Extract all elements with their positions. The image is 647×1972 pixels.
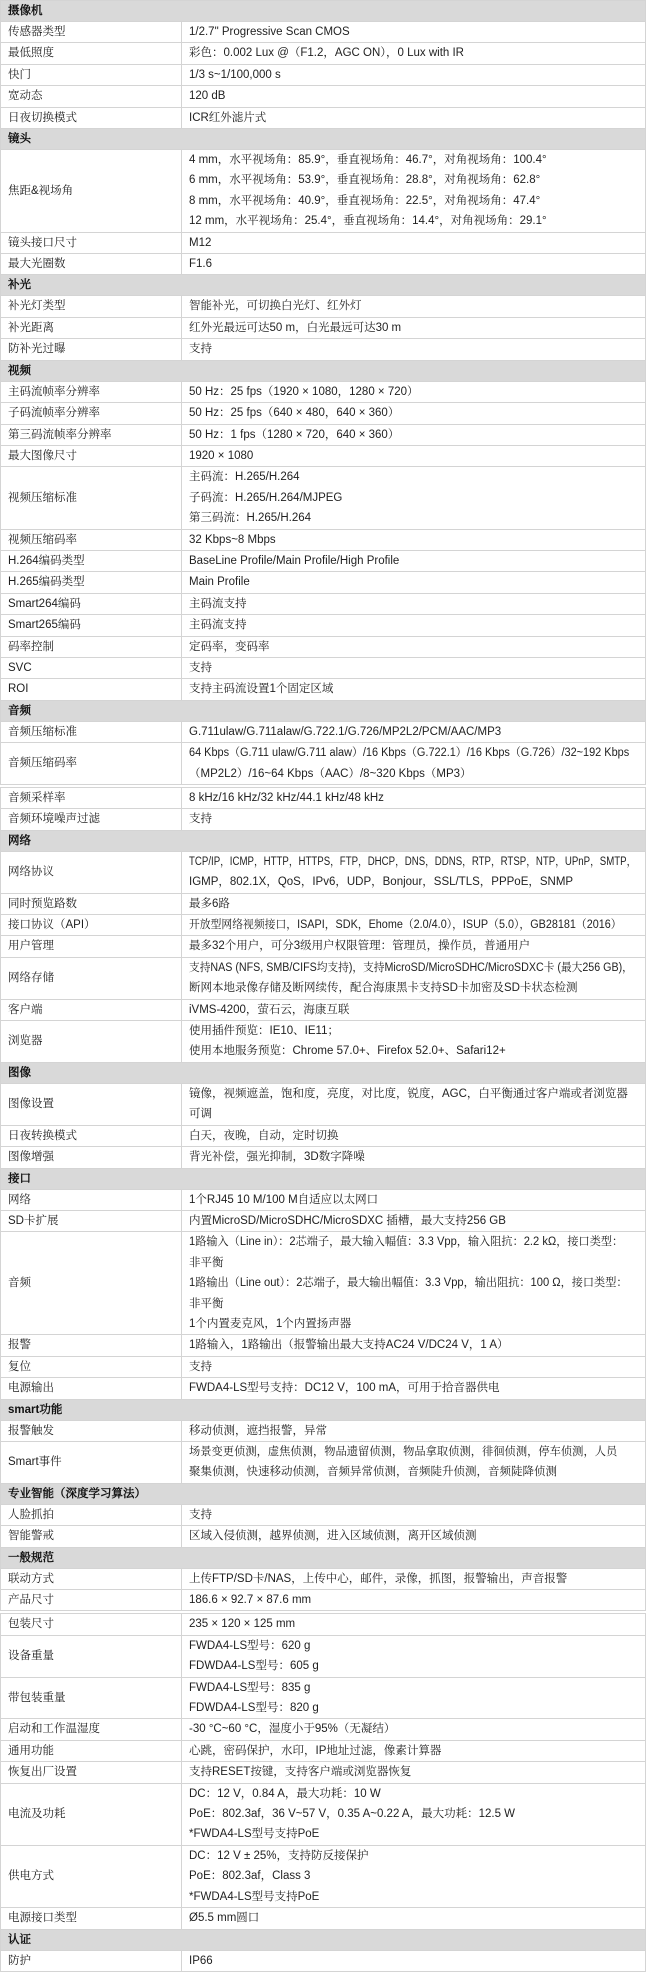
spec-value-line: 支持主码流设置1个固定区域: [189, 679, 638, 699]
spec-value-line: 聚集侦测，快速移动侦测，音频异常侦测，音频陡升侦测，音频陡降侦测: [189, 1462, 638, 1482]
spec-value-line: 移动侦测，遮挡报警，异常: [189, 1421, 638, 1441]
spec-value-line: 断网本地录像存储及断网续传，配合海康黑卡支持SD卡加密及SD卡状态检测: [189, 978, 638, 998]
spec-value-line: 1/3 s~1/100,000 s: [189, 65, 638, 85]
spec-value-line: FWDA4-LS型号支持：DC12 V，100 mA，可用于拾音器供电: [189, 1378, 638, 1398]
spec-row: 主码流帧率分辨率50 Hz：25 fps（1920 × 1080，1280 × …: [1, 381, 646, 402]
spec-value: 支持主码流设置1个固定区域: [182, 679, 646, 700]
spec-value-line: 上传FTP/SD卡/NAS，上传中心，邮件，录像，抓图，报警输出，声音报警: [189, 1569, 638, 1589]
spec-value: 1/3 s~1/100,000 s: [182, 64, 646, 85]
spec-row: 快门1/3 s~1/100,000 s: [1, 64, 646, 85]
section-header: 镜头: [1, 129, 646, 150]
spec-row: 图像设置 镜像，视频遮盖，饱和度，亮度，对比度，锐度，AGC，白平衡通过客户端或…: [1, 1083, 646, 1125]
spec-value-line: 50 Hz：1 fps（1280 × 720，640 × 360）: [189, 425, 638, 445]
spec-row: 通用功能心跳，密码保护，水印，IP地址过滤，像素计算器: [1, 1740, 646, 1761]
spec-label: 报警触发: [1, 1420, 182, 1441]
spec-value: 120 dB: [182, 86, 646, 107]
spec-row: 日夜切换模式ICR红外滤片式: [1, 107, 646, 128]
spec-value: 最多6路: [182, 893, 646, 914]
spec-row: 网络1个RJ45 10 M/100 M自适应以太网口: [1, 1189, 646, 1210]
spec-row: 电流及功耗 DC：12 V，0.84 A，最大功耗：10 W PoE：802.3…: [1, 1783, 646, 1845]
spec-value-line: 4 mm，水平视场角：85.9°，垂直视场角：46.7°，对角视场角：100.4…: [189, 150, 638, 170]
spec-value: 支持: [182, 657, 646, 678]
spec-row: 防护IP66: [1, 1950, 646, 1971]
spec-value-line: BaseLine Profile/Main Profile/High Profi…: [189, 551, 638, 571]
spec-value-line: ICR红外滤片式: [189, 108, 638, 128]
spec-label: H.264编码类型: [1, 550, 182, 571]
section-header: 一般规范: [1, 1547, 646, 1568]
spec-row: 音频压缩标准G.711ulaw/G.711alaw/G.722.1/G.726/…: [1, 721, 646, 742]
spec-value-line: 白天，夜晚，自动，定时切换: [189, 1126, 638, 1146]
spec-value: 智能补光，可切换白光灯、红外灯: [182, 296, 646, 317]
spec-value-line: M12: [189, 233, 638, 253]
section-title: 图像: [1, 1062, 646, 1083]
spec-row: 最大光圈数F1.6: [1, 254, 646, 275]
spec-value-line: 支持RESET按键，支持客户端或浏览器恢复: [189, 1762, 638, 1782]
spec-row: 码率控制定码率，变码率: [1, 636, 646, 657]
spec-value-line: 红外光最远可达50 m，白光最远可达30 m: [189, 318, 638, 338]
spec-value: 主码流支持: [182, 593, 646, 614]
spec-value-line: IGMP，802.1X，QoS，IPv6，UDP，Bonjour，SSL/TLS…: [189, 872, 638, 892]
section-header: 专业智能（深度学习算法）: [1, 1483, 646, 1504]
spec-value: 1/2.7" Progressive Scan CMOS: [182, 22, 646, 43]
spec-value-line: FWDA4-LS型号：620 g: [189, 1636, 638, 1656]
spec-value: 4 mm，水平视场角：85.9°，垂直视场角：46.7°，对角视场角：100.4…: [182, 150, 646, 233]
spec-row: 设备重量 FWDA4-LS型号：620 g FDWDA4-LS型号：605 g: [1, 1635, 646, 1677]
spec-value: -30 °C~60 °C，湿度小于95%（无凝结）: [182, 1719, 646, 1740]
spec-value-line: 235 × 120 × 125 mm: [189, 1614, 638, 1634]
spec-label: Smart事件: [1, 1441, 182, 1483]
spec-row: 报警触发移动侦测，遮挡报警，异常: [1, 1420, 646, 1441]
spec-label: SVC: [1, 657, 182, 678]
spec-row: 产品尺寸186.6 × 92.7 × 87.6 mm: [1, 1590, 646, 1611]
spec-value-line: 1路输入，1路输出（报警输出最大支持AC24 V/DC24 V，1 A）: [189, 1335, 638, 1355]
spec-value: 支持RESET按键，支持客户端或浏览器恢复: [182, 1762, 646, 1783]
spec-row: 焦距&视场角 4 mm，水平视场角：85.9°，垂直视场角：46.7°，对角视场…: [1, 150, 646, 233]
spec-value-line: 使用插件预览：IE10、IE11；: [189, 1021, 638, 1041]
spec-row: 音频压缩码率 64 Kbps（G.711 ulaw/G.711 alaw）/16…: [1, 743, 646, 785]
spec-value-line: PoE：802.3af，Class 3: [189, 1866, 638, 1886]
spec-value-line: 支持: [189, 658, 638, 678]
spec-label: 复位: [1, 1356, 182, 1377]
spec-label: 图像增强: [1, 1147, 182, 1168]
spec-value-line: 可调: [189, 1104, 638, 1124]
spec-value-line: 6 mm，水平视场角：53.9°，垂直视场角：28.8°，对角视场角：62.8°: [189, 170, 638, 190]
spec-row: 音频采样率8 kHz/16 kHz/32 kHz/44.1 kHz/48 kHz: [1, 788, 646, 809]
section-title: 接口: [1, 1168, 646, 1189]
spec-value: Main Profile: [182, 572, 646, 593]
spec-label: 音频压缩标准: [1, 721, 182, 742]
spec-row: Smart事件 场景变更侦测，虚焦侦测，物品遗留侦测，物品拿取侦测，徘徊侦测，停…: [1, 1441, 646, 1483]
spec-label: 音频压缩码率: [1, 743, 182, 785]
spec-row: Smart264编码主码流支持: [1, 593, 646, 614]
spec-label: 网络: [1, 1189, 182, 1210]
spec-value: 背光补偿，强光抑制，3D数字降噪: [182, 1147, 646, 1168]
spec-value: 32 Kbps~8 Mbps: [182, 529, 646, 550]
spec-label: 包装尺寸: [1, 1614, 182, 1635]
spec-row: 传感器类型1/2.7" Progressive Scan CMOS: [1, 22, 646, 43]
spec-row: SD卡扩展内置MicroSD/MicroSDHC/MicroSDXC 插槽，最大…: [1, 1210, 646, 1231]
spec-row: 电源接口类型Ø5.5 mm圆口: [1, 1908, 646, 1929]
spec-label: 焦距&视场角: [1, 150, 182, 233]
spec-value-line: 子码流：H.265/H.264/MJPEG: [189, 488, 638, 508]
spec-value: iVMS-4200，萤石云，海康互联: [182, 999, 646, 1020]
spec-value-line: 186.6 × 92.7 × 87.6 mm: [189, 1590, 638, 1610]
spec-row: 电源输出FWDA4-LS型号支持：DC12 V，100 mA，可用于拾音器供电: [1, 1378, 646, 1399]
spec-row: 浏览器 使用插件预览：IE10、IE11； 使用本地服务预览：Chrome 57…: [1, 1021, 646, 1063]
section-title: 视频: [1, 360, 646, 381]
spec-value: 主码流支持: [182, 615, 646, 636]
spec-row: 网络协议 TCP/IP，ICMP，HTTP，HTTPS，FTP，DHCP，DNS…: [1, 851, 646, 893]
spec-value-line: iVMS-4200，萤石云，海康互联: [189, 1000, 638, 1020]
section-title: 一般规范: [1, 1547, 646, 1568]
spec-value-line: 1/2.7" Progressive Scan CMOS: [189, 22, 638, 42]
spec-value: 1920 × 1080: [182, 445, 646, 466]
spec-label: 报警: [1, 1335, 182, 1356]
spec-value: DC：12 V ± 25%，支持防反接保护 PoE：802.3af，Class …: [182, 1845, 646, 1907]
spec-value-line: 支持NAS (NFS, SMB/CIFS均支持)，支持MicroSD/Micro…: [189, 958, 607, 978]
spec-value: 64 Kbps（G.711 ulaw/G.711 alaw）/16 Kbps（G…: [182, 743, 646, 785]
section-header: 音频: [1, 700, 646, 721]
spec-value: 红外光最远可达50 m，白光最远可达30 m: [182, 317, 646, 338]
spec-value-line: Main Profile: [189, 572, 638, 592]
spec-row: 视频压缩码率32 Kbps~8 Mbps: [1, 529, 646, 550]
spec-label: 最低照度: [1, 43, 182, 64]
spec-value: 移动侦测，遮挡报警，异常: [182, 1420, 646, 1441]
spec-value-line: *FWDA4-LS型号支持PoE: [189, 1887, 638, 1907]
spec-value-line: 主码流支持: [189, 594, 638, 614]
spec-value: 区域入侵侦测，越界侦测，进入区域侦测，离开区域侦测: [182, 1526, 646, 1547]
spec-value: 支持: [182, 339, 646, 360]
spec-label: 日夜切换模式: [1, 107, 182, 128]
spec-label: Smart265编码: [1, 615, 182, 636]
spec-row: 镜头接口尺寸M12: [1, 232, 646, 253]
spec-value: 最多32个用户，可分3级用户权限管理：管理员，操作员，普通用户: [182, 936, 646, 957]
spec-value: 主码流：H.265/H.264 子码流：H.265/H.264/MJPEG 第三…: [182, 467, 646, 529]
spec-value-line: -30 °C~60 °C，湿度小于95%（无凝结）: [189, 1719, 638, 1739]
spec-value-line: 第三码流：H.265/H.264: [189, 508, 638, 528]
section-header: smart功能: [1, 1399, 646, 1420]
spec-value-line: 1个RJ45 10 M/100 M自适应以太网口: [189, 1190, 638, 1210]
spec-row: 补光距离红外光最远可达50 m，白光最远可达30 m: [1, 317, 646, 338]
spec-row: 视频压缩标准 主码流：H.265/H.264 子码流：H.265/H.264/M…: [1, 467, 646, 529]
spec-value-line: F1.6: [189, 254, 638, 274]
spec-value-line: G.711ulaw/G.711alaw/G.722.1/G.726/MP2L2/…: [189, 722, 638, 742]
spec-label: 启动和工作温湿度: [1, 1719, 182, 1740]
section-title: 摄像机: [1, 1, 646, 22]
spec-value: FWDA4-LS型号支持：DC12 V，100 mA，可用于拾音器供电: [182, 1378, 646, 1399]
spec-value: 开放型网络视频接口，ISAPI，SDK，Ehome（2.0/4.0），ISUP（…: [182, 915, 646, 936]
spec-row: 供电方式 DC：12 V ± 25%，支持防反接保护 PoE：802.3af，C…: [1, 1845, 646, 1907]
spec-value: 场景变更侦测，虚焦侦测，物品遗留侦测，物品拿取侦测，徘徊侦测，停车侦测，人员 聚…: [182, 1441, 646, 1483]
spec-value: FWDA4-LS型号：620 g FDWDA4-LS型号：605 g: [182, 1635, 646, 1677]
spec-label: 联动方式: [1, 1568, 182, 1589]
spec-value-line: 开放型网络视频接口，ISAPI，SDK，Ehome（2.0/4.0），ISUP（…: [189, 915, 611, 935]
spec-row: 音频环境噪声过滤支持: [1, 809, 646, 830]
spec-value: 内置MicroSD/MicroSDHC/MicroSDXC 插槽，最大支持256…: [182, 1210, 646, 1231]
spec-label: 恢复出厂设置: [1, 1762, 182, 1783]
spec-value-line: 主码流：H.265/H.264: [189, 467, 638, 487]
spec-label: 接口协议（API）: [1, 915, 182, 936]
spec-row: 报警1路输入，1路输出（报警输出最大支持AC24 V/DC24 V，1 A）: [1, 1335, 646, 1356]
spec-value: M12: [182, 232, 646, 253]
spec-label: 设备重量: [1, 1635, 182, 1677]
spec-row: 网络存储 支持NAS (NFS, SMB/CIFS均支持)，支持MicroSD/…: [1, 957, 646, 999]
spec-row: ROI支持主码流设置1个固定区域: [1, 679, 646, 700]
spec-label: 防补光过曝: [1, 339, 182, 360]
spec-value: 1路输入（Line in）：2芯端子，最大输入幅值：3.3 Vpp，输入阻抗：2…: [182, 1232, 646, 1335]
spec-row: H.265编码类型Main Profile: [1, 572, 646, 593]
spec-value-line: 最多6路: [189, 894, 638, 914]
spec-label: 电流及功耗: [1, 1783, 182, 1845]
spec-value-line: 内置MicroSD/MicroSDHC/MicroSDXC 插槽，最大支持256…: [189, 1211, 638, 1231]
spec-value-line: 50 Hz：25 fps（1920 × 1080，1280 × 720）: [189, 382, 638, 402]
spec-row: 客户端iVMS-4200，萤石云，海康互联: [1, 999, 646, 1020]
spec-row: 第三码流帧率分辨率50 Hz：1 fps（1280 × 720，640 × 36…: [1, 424, 646, 445]
spec-value: IP66: [182, 1950, 646, 1971]
spec-label: ROI: [1, 679, 182, 700]
spec-label: 子码流帧率分辨率: [1, 403, 182, 424]
spec-label: 网络存储: [1, 957, 182, 999]
spec-value-line: 50 Hz：25 fps（640 × 480，640 × 360）: [189, 403, 638, 423]
spec-value: 186.6 × 92.7 × 87.6 mm: [182, 1590, 646, 1611]
spec-label: 智能警戒: [1, 1526, 182, 1547]
spec-label: SD卡扩展: [1, 1210, 182, 1231]
spec-value-line: 背光补偿，强光抑制，3D数字降噪: [189, 1147, 638, 1167]
spec-label: 传感器类型: [1, 22, 182, 43]
spec-row: 最大图像尺寸1920 × 1080: [1, 445, 646, 466]
spec-value-line: DC：12 V，0.84 A，最大功耗：10 W: [189, 1784, 638, 1804]
spec-label: 防护: [1, 1950, 182, 1971]
spec-row: 智能警戒区域入侵侦测，越界侦测，进入区域侦测，离开区域侦测: [1, 1526, 646, 1547]
spec-value: 50 Hz：25 fps（1920 × 1080，1280 × 720）: [182, 381, 646, 402]
spec-label: 最大图像尺寸: [1, 445, 182, 466]
spec-row: 防补光过曝支持: [1, 339, 646, 360]
spec-value-line: 非平衡: [189, 1253, 638, 1273]
spec-value: 235 × 120 × 125 mm: [182, 1614, 646, 1635]
spec-value: 心跳，密码保护，水印，IP地址过滤，像素计算器: [182, 1740, 646, 1761]
spec-label: H.265编码类型: [1, 572, 182, 593]
spec-value-line: 1路输出（Line out）：2芯端子，最大输出幅值：3.3 Vpp，输出阻抗：…: [189, 1273, 625, 1293]
spec-label: 最大光圈数: [1, 254, 182, 275]
section-title: 镜头: [1, 129, 646, 150]
spec-value-line: 心跳，密码保护，水印，IP地址过滤，像素计算器: [189, 1741, 638, 1761]
spec-value: 定码率，变码率: [182, 636, 646, 657]
spec-value: 镜像，视频遮盖，饱和度，亮度，对比度，锐度，AGC，白平衡通过客户端或者浏览器 …: [182, 1083, 646, 1125]
spec-label: 日夜转换模式: [1, 1125, 182, 1146]
spec-value-line: FDWDA4-LS型号：820 g: [189, 1698, 638, 1718]
spec-row: 包装尺寸235 × 120 × 125 mm: [1, 1614, 646, 1635]
spec-value-line: （MP2L2）/16~64 Kbps（AAC）/8~320 Kbps（MP3）: [189, 764, 638, 784]
spec-value: BaseLine Profile/Main Profile/High Profi…: [182, 550, 646, 571]
spec-row: 图像增强背光补偿，强光抑制，3D数字降噪: [1, 1147, 646, 1168]
section-title: 音频: [1, 700, 646, 721]
spec-row: SVC支持: [1, 657, 646, 678]
spec-row: Smart265编码主码流支持: [1, 615, 646, 636]
spec-row: 最低照度彩色：0.002 Lux @（F1.2，AGC ON），0 Lux wi…: [1, 43, 646, 64]
spec-value-line: TCP/IP，ICMP，HTTP，HTTPS，FTP，DHCP，DNS，DDNS…: [189, 852, 566, 872]
spec-label: 产品尺寸: [1, 1590, 182, 1611]
section-header: 认证: [1, 1929, 646, 1950]
spec-label: 通用功能: [1, 1740, 182, 1761]
section-title: 补光: [1, 275, 646, 296]
spec-label: 电源接口类型: [1, 1908, 182, 1929]
spec-label: 浏览器: [1, 1021, 182, 1063]
spec-row: 音频 1路输入（Line in）：2芯端子，最大输入幅值：3.3 Vpp，输入阻…: [1, 1232, 646, 1335]
spec-value-line: 支持: [189, 809, 638, 829]
spec-label: 带包装重量: [1, 1677, 182, 1719]
spec-value: G.711ulaw/G.711alaw/G.722.1/G.726/MP2L2/…: [182, 721, 646, 742]
spec-value-line: 智能补光，可切换白光灯、红外灯: [189, 296, 638, 316]
spec-row: 启动和工作温湿度-30 °C~60 °C，湿度小于95%（无凝结）: [1, 1719, 646, 1740]
spec-row: 联动方式上传FTP/SD卡/NAS，上传中心，邮件，录像，抓图，报警输出，声音报…: [1, 1568, 646, 1589]
spec-value: 1路输入，1路输出（报警输出最大支持AC24 V/DC24 V，1 A）: [182, 1335, 646, 1356]
section-header: 补光: [1, 275, 646, 296]
spec-value-line: 场景变更侦测，虚焦侦测，物品遗留侦测，物品拿取侦测，徘徊侦测，停车侦测，人员: [189, 1442, 629, 1462]
section-title: 专业智能（深度学习算法）: [1, 1483, 646, 1504]
spec-value: TCP/IP，ICMP，HTTP，HTTPS，FTP，DHCP，DNS，DDNS…: [182, 851, 646, 893]
spec-label: 音频环境噪声过滤: [1, 809, 182, 830]
spec-value: 50 Hz：25 fps（640 × 480，640 × 360）: [182, 403, 646, 424]
spec-value-line: PoE：802.3af，36 V~57 V，0.35 A~0.22 A，最大功耗…: [189, 1804, 638, 1824]
spec-value-line: FWDA4-LS型号：835 g: [189, 1678, 638, 1698]
spec-row: 宽动态120 dB: [1, 86, 646, 107]
spec-value-line: 支持: [189, 339, 638, 359]
spec-value: FWDA4-LS型号：835 g FDWDA4-LS型号：820 g: [182, 1677, 646, 1719]
spec-row: 带包装重量 FWDA4-LS型号：835 g FDWDA4-LS型号：820 g: [1, 1677, 646, 1719]
section-header: 视频: [1, 360, 646, 381]
spec-value: DC：12 V，0.84 A，最大功耗：10 W PoE：802.3af，36 …: [182, 1783, 646, 1845]
section-header: 接口: [1, 1168, 646, 1189]
spec-value: ICR红外滤片式: [182, 107, 646, 128]
spec-value: 支持: [182, 1356, 646, 1377]
spec-value-line: 1个内置麦克风，1个内置扬声器: [189, 1314, 638, 1334]
spec-row: 人脸抓拍支持: [1, 1504, 646, 1525]
spec-value-line: 8 mm，水平视场角：40.9°，垂直视场角：22.5°，对角视场角：47.4°: [189, 191, 638, 211]
spec-value-line: *FWDA4-LS型号支持PoE: [189, 1824, 638, 1844]
spec-value-line: DC：12 V ± 25%，支持防反接保护: [189, 1846, 638, 1866]
spec-label: 视频压缩码率: [1, 529, 182, 550]
spec-label: 码率控制: [1, 636, 182, 657]
spec-label: 补光距离: [1, 317, 182, 338]
spec-row: 日夜转换模式白天，夜晚，自动，定时切换: [1, 1125, 646, 1146]
spec-value-line: 1路输入（Line in）：2芯端子，最大输入幅值：3.3 Vpp，输入阻抗：2…: [189, 1232, 625, 1252]
spec-label: Smart264编码: [1, 593, 182, 614]
spec-label: 快门: [1, 64, 182, 85]
section-title: smart功能: [1, 1399, 646, 1420]
spec-value-line: 彩色：0.002 Lux @（F1.2，AGC ON），0 Lux with I…: [189, 43, 638, 63]
spec-row: 接口协议（API）开放型网络视频接口，ISAPI，SDK，Ehome（2.0/4…: [1, 915, 646, 936]
spec-label: 人脸抓拍: [1, 1504, 182, 1525]
spec-label: 客户端: [1, 999, 182, 1020]
spec-value-line: IP66: [189, 1951, 638, 1971]
section-header: 图像: [1, 1062, 646, 1083]
spec-value-line: 32 Kbps~8 Mbps: [189, 530, 638, 550]
spec-value-line: 支持: [189, 1357, 638, 1377]
spec-value-line: 区域入侵侦测，越界侦测，进入区域侦测，离开区域侦测: [189, 1526, 638, 1546]
spec-value: 支持: [182, 1504, 646, 1525]
spec-value-line: 非平衡: [189, 1294, 638, 1314]
spec-label: 宽动态: [1, 86, 182, 107]
spec-value: 50 Hz：1 fps（1280 × 720，640 × 360）: [182, 424, 646, 445]
spec-value-line: 定码率，变码率: [189, 637, 638, 657]
spec-label: 主码流帧率分辨率: [1, 381, 182, 402]
spec-value-line: 最多32个用户，可分3级用户权限管理：管理员，操作员，普通用户: [189, 936, 638, 956]
section-header: 摄像机: [1, 1, 646, 22]
spec-value: 使用插件预览：IE10、IE11； 使用本地服务预览：Chrome 57.0+、…: [182, 1021, 646, 1063]
spec-value: 1个RJ45 10 M/100 M自适应以太网口: [182, 1189, 646, 1210]
spec-label: 用户管理: [1, 936, 182, 957]
spec-row: 复位支持: [1, 1356, 646, 1377]
spec-value-line: 8 kHz/16 kHz/32 kHz/44.1 kHz/48 kHz: [189, 788, 638, 808]
spec-value-line: 支持: [189, 1505, 638, 1525]
spec-label: 同时预览路数: [1, 893, 182, 914]
spec-row: H.264编码类型BaseLine Profile/Main Profile/H…: [1, 550, 646, 571]
spec-label: 音频: [1, 1232, 182, 1335]
spec-value: 支持NAS (NFS, SMB/CIFS均支持)，支持MicroSD/Micro…: [182, 957, 646, 999]
spec-row: 恢复出厂设置支持RESET按键，支持客户端或浏览器恢复: [1, 1762, 646, 1783]
spec-value: 8 kHz/16 kHz/32 kHz/44.1 kHz/48 kHz: [182, 788, 646, 809]
spec-value: 上传FTP/SD卡/NAS，上传中心，邮件，录像，抓图，报警输出，声音报警: [182, 1568, 646, 1589]
spec-label: 电源输出: [1, 1378, 182, 1399]
spec-label: 视频压缩标准: [1, 467, 182, 529]
spec-value: 支持: [182, 809, 646, 830]
spec-table: 摄像机 传感器类型1/2.7" Progressive Scan CMOS 最低…: [0, 0, 646, 1972]
spec-value-line: FDWDA4-LS型号：605 g: [189, 1656, 638, 1676]
spec-value: 彩色：0.002 Lux @（F1.2，AGC ON），0 Lux with I…: [182, 43, 646, 64]
spec-row: 用户管理最多32个用户，可分3级用户权限管理：管理员，操作员，普通用户: [1, 936, 646, 957]
section-title: 认证: [1, 1929, 646, 1950]
spec-row: 同时预览路数最多6路: [1, 893, 646, 914]
spec-value-line: 12 mm，水平视场角：25.4°，垂直视场角：14.4°，对角视场角：29.1…: [189, 211, 638, 231]
spec-value-line: Ø5.5 mm圆口: [189, 1908, 638, 1928]
spec-label: 镜头接口尺寸: [1, 232, 182, 253]
spec-label: 第三码流帧率分辨率: [1, 424, 182, 445]
spec-value-line: 主码流支持: [189, 615, 638, 635]
section-header: 网络: [1, 830, 646, 851]
spec-label: 补光灯类型: [1, 296, 182, 317]
spec-value: 白天，夜晚，自动，定时切换: [182, 1125, 646, 1146]
section-title: 网络: [1, 830, 646, 851]
spec-value-line: 1920 × 1080: [189, 446, 638, 466]
spec-value: F1.6: [182, 254, 646, 275]
spec-row: 补光灯类型智能补光，可切换白光灯、红外灯: [1, 296, 646, 317]
spec-label: 音频采样率: [1, 788, 182, 809]
spec-row: 子码流帧率分辨率50 Hz：25 fps（640 × 480，640 × 360…: [1, 403, 646, 424]
spec-label: 供电方式: [1, 1845, 182, 1907]
spec-value-line: 使用本地服务预览：Chrome 57.0+、Firefox 52.0+、Safa…: [189, 1041, 638, 1061]
spec-label: 网络协议: [1, 851, 182, 893]
spec-value-line: 64 Kbps（G.711 ulaw/G.711 alaw）/16 Kbps（G…: [189, 743, 616, 763]
spec-value-line: 120 dB: [189, 86, 638, 106]
spec-value-line: 镜像，视频遮盖，饱和度，亮度，对比度，锐度，AGC，白平衡通过客户端或者浏览器: [189, 1084, 638, 1104]
spec-label: 图像设置: [1, 1083, 182, 1125]
spec-value: Ø5.5 mm圆口: [182, 1908, 646, 1929]
